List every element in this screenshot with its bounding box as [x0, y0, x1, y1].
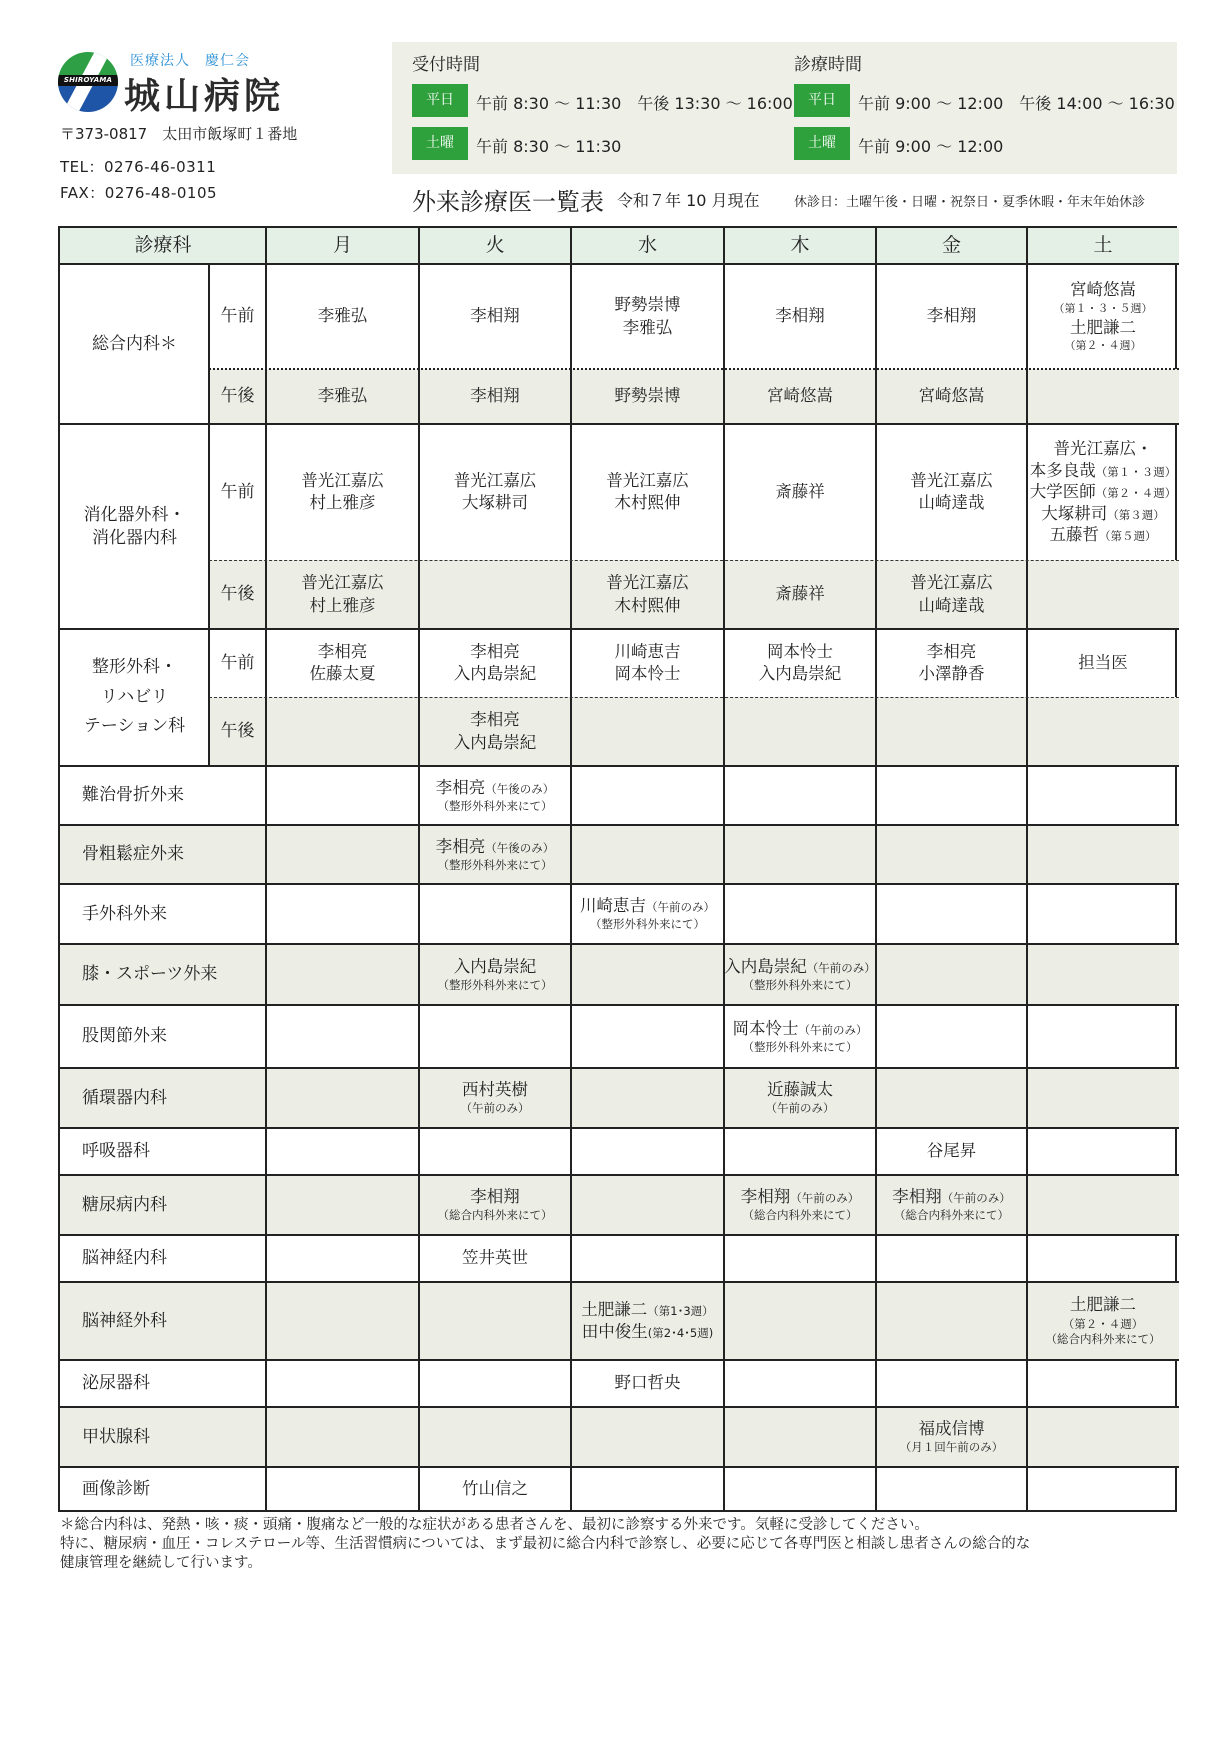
schedule-cell: 普光江嘉広山崎達哉 [876, 424, 1027, 560]
dept-label: テーション科 [84, 712, 185, 742]
doctor-name: 佐藤太夏 [310, 663, 376, 685]
schedule-cell: 普光江嘉広村上雅彦 [266, 424, 419, 560]
doctor-name: 野勢崇博 [615, 294, 681, 316]
schedule-cell: 斎藤祥 [724, 560, 876, 629]
reception-saturday-hours: 午前 8:30 ～ 11:30 [476, 134, 621, 157]
doctor-name: 普光江嘉広 [454, 470, 537, 492]
doctor-name: 斎藤祥 [775, 481, 825, 503]
doctor-name: 李雅弘 [623, 317, 673, 339]
doctor-name: 大塚耕司（第３週） [1041, 503, 1165, 524]
schedule-cell [419, 1360, 571, 1407]
location-note: （総合内科外来にて） [743, 1208, 858, 1224]
period-divider [209, 368, 1179, 370]
grid-line [60, 1359, 1179, 1361]
period-am: 午前 [209, 424, 266, 560]
schedule-cell [266, 825, 419, 884]
time-note: （午前のみ） [790, 1191, 859, 1205]
grid-line [60, 1234, 1179, 1236]
schedule-cell [876, 1235, 1027, 1282]
doctor-name: 土肥謙二 [1070, 1294, 1136, 1316]
schedule-cell: 宮崎悠嵩 [724, 369, 876, 424]
schedule-cell [571, 1068, 724, 1128]
schedule-cell [724, 1467, 876, 1512]
doctor-name: 普光江嘉広・ [1054, 438, 1153, 459]
period-divider [209, 560, 1179, 561]
grid-line [418, 228, 420, 1512]
dept-row-label: 脳神経外科 [60, 1282, 266, 1360]
doctor-name: 普光江嘉広 [301, 572, 384, 594]
dept-row-label: 画像診断 [60, 1467, 266, 1512]
doctor-name: 李相翔 [775, 305, 825, 327]
schedule-cell [266, 944, 419, 1005]
header-department: 診療科 [60, 228, 266, 264]
doctor-name: 入内島崇紀 [454, 956, 537, 978]
time-note: （午前のみ） [799, 1023, 868, 1037]
grid-line [60, 423, 1179, 425]
schedule-cell [1027, 1128, 1179, 1175]
schedule-cell [1027, 560, 1179, 629]
schedule-cell [1027, 369, 1179, 424]
doctor-name: 李相翔 [927, 305, 977, 327]
schedule-cell: 李相翔 [724, 264, 876, 369]
location-note: （午前のみ） [461, 1101, 530, 1117]
doctor-name: 土肥謙二 [1070, 317, 1136, 339]
schedule-cell: 岡本怜士（午前のみ）（整形外科外来にて） [724, 1005, 876, 1068]
grid-line [570, 228, 572, 1512]
schedule-cell [876, 1005, 1027, 1068]
doctor-name: 野勢崇博 [615, 385, 681, 407]
schedule-cell: 近藤誠太（午前のみ） [724, 1068, 876, 1128]
location-note: （総合内科外来にて） [438, 1208, 553, 1224]
doctor-name: 村上雅彦 [310, 492, 376, 514]
schedule-cell: 普光江嘉広大塚耕司 [419, 424, 571, 560]
schedule-cell: 担当医 [1027, 629, 1179, 697]
logo-text: SHIROYAMA [58, 75, 118, 86]
grid-line [60, 1067, 1179, 1069]
schedule-cell: 李相翔（午前のみ）（総合内科外来にて） [724, 1175, 876, 1235]
dept-row-label: 手外科外来 [60, 884, 266, 944]
week-note: （第２・４週） [1096, 486, 1177, 500]
organization-name: 医療法人 慶仁会 [130, 50, 250, 70]
footnote-line-1: ＊総合内科は、発熱・咳・痰・頭痛・腹痛など一般的な症状がある患者さんを、最初に診… [60, 1516, 1180, 1535]
grid-line [60, 1004, 1179, 1006]
doctor-name: 斎藤祥 [775, 583, 825, 605]
schedule-cell [266, 766, 419, 825]
schedule-cell: 普光江嘉広山崎達哉 [876, 560, 1027, 629]
doctor-name: 岡本怜士 [767, 641, 833, 663]
schedule-cell [876, 697, 1027, 766]
schedule-cell [571, 1467, 724, 1512]
grid-line [60, 1174, 1179, 1176]
dept-row-label: 骨粗鬆症外来 [60, 825, 266, 884]
doctor-name: 李相亮 [470, 709, 520, 731]
doctor-name: 川崎恵吉（午前のみ） [580, 895, 715, 917]
schedule-cell [266, 1175, 419, 1235]
fax: FAX：0276-48-0105 [60, 182, 217, 203]
reception-hours-title: 受付時間 [412, 50, 480, 75]
schedule-cell [724, 766, 876, 825]
schedule-cell: 李相亮（午後のみ）（整形外科外来にて） [419, 766, 571, 825]
doctor-name: 岡本怜士（午前のみ） [733, 1018, 868, 1040]
header-day: 金 [876, 228, 1027, 264]
address: 〒373-0817 太田市飯塚町１番地 [60, 123, 297, 144]
consultation-saturday-hours: 午前 9:00 ～ 12:00 [858, 134, 1003, 157]
location-note: （総合内科外来にて） [894, 1208, 1009, 1224]
schedule-cell: 川崎恵吉岡本怜士 [571, 629, 724, 697]
doctor-name: 大塚耕司 [462, 492, 528, 514]
location-note: （整形外科外来にて） [438, 799, 553, 815]
period-pm: 午後 [209, 560, 266, 629]
schedule-cell: 宮崎悠嵩 [876, 369, 1027, 424]
time-note: （午前のみ） [942, 1191, 1011, 1205]
doctor-name: 普光江嘉広 [606, 470, 689, 492]
schedule-cell [1027, 944, 1179, 1005]
doctor-name: 本多良哉（第１・３週） [1030, 460, 1177, 481]
week-note: （第1･3週） [647, 1304, 713, 1318]
header-day: 土 [1027, 228, 1179, 264]
doctor-name: 木村熙伸 [615, 492, 681, 514]
doctor-name: 李相翔（午前のみ） [741, 1186, 860, 1208]
reception-saturday-badge: 土曜 [412, 127, 468, 160]
schedule-cell [266, 1467, 419, 1512]
dept-row-label: 難治骨折外来 [60, 766, 266, 825]
dept-row-label: 呼吸器科 [60, 1128, 266, 1175]
consultation-weekday-badge: 平日 [794, 84, 850, 117]
schedule-cell [724, 884, 876, 944]
doctor-name: 谷尾昇 [927, 1140, 977, 1162]
telephone: TEL：0276-46-0311 [60, 156, 216, 177]
schedule-cell: 宮崎悠嵩（第１・３・５週）土肥謙二（第２・４週） [1027, 264, 1179, 369]
schedule-cell [724, 1235, 876, 1282]
schedule-cell [266, 697, 419, 766]
location-note: （整形外科外来にて） [438, 858, 553, 874]
location-note: （整形外科外来にて） [743, 978, 858, 994]
schedule-cell: 普光江嘉広木村熙伸 [571, 560, 724, 629]
footnote-line-3: 健康管理を継続して行います。 [60, 1554, 1180, 1573]
hospital-logo: SHIROYAMA [58, 52, 118, 112]
schedule-cell: 竹山信之 [419, 1467, 571, 1512]
schedule-cell [876, 1467, 1027, 1512]
grid-line [60, 1127, 1179, 1129]
schedule-cell [266, 884, 419, 944]
grid-line [60, 1466, 1179, 1468]
grid-line [265, 228, 267, 1512]
footnote-line-2: 特に、糖尿病・血圧・コレステロール等、生活習慣病については、まず最初に総合内科で… [60, 1535, 1180, 1554]
consultation-weekday-hours: 午前 9:00 ～ 12:00 午後 14:00 ～ 16:30 [858, 91, 1175, 114]
grid-line [60, 883, 1179, 885]
grid-line [60, 765, 1179, 767]
schedule-cell: 西村英樹（午前のみ） [419, 1068, 571, 1128]
doctor-name: 山崎達哉 [919, 595, 985, 617]
schedule-cell [1027, 1175, 1179, 1235]
schedule-cell [571, 1175, 724, 1235]
schedule-cell [419, 884, 571, 944]
hospital-name: 城山病院 [124, 68, 284, 119]
hours-panel: 受付時間 平日 午前 8:30 ～ 11:30 午後 13:30 ～ 16:00… [392, 42, 1177, 174]
schedule-cell [724, 1282, 876, 1360]
doctor-name: 入内島崇紀 [454, 732, 537, 754]
schedule-cell [876, 1068, 1027, 1128]
week-note: （第１・３・５週） [1054, 302, 1153, 317]
period-am: 午前 [209, 629, 266, 697]
dept-label: 消化器外科・ [84, 504, 186, 527]
doctor-name: 野口哲央 [615, 1372, 681, 1394]
doctor-name: 土肥謙二（第1･3週） [581, 1299, 713, 1321]
schedule-cell: 岡本怜士入内島崇紀 [724, 629, 876, 697]
schedule-cell: 普光江嘉広木村熙伸 [571, 424, 724, 560]
doctor-name: 入内島崇紀 [759, 663, 842, 685]
schedule-cell [419, 1005, 571, 1068]
time-note: （午前のみ） [646, 900, 715, 914]
schedule-cell [876, 1282, 1027, 1360]
schedule-cell: 李相亮入内島崇紀 [419, 629, 571, 697]
doctor-name: 李相翔 [470, 305, 520, 327]
schedule-cell [266, 1235, 419, 1282]
doctor-name: 村上雅彦 [310, 595, 376, 617]
schedule-cell: 普光江嘉広・本多良哉（第１・３週）大学医師（第２・４週）大塚耕司（第３週）五藤哲… [1027, 424, 1179, 560]
week-note: （第１・３週） [1096, 465, 1177, 479]
doctor-name: 普光江嘉広 [606, 572, 689, 594]
reception-weekday-badge: 平日 [412, 84, 468, 117]
doctor-name: 李相亮（午後のみ） [436, 836, 555, 858]
schedule-cell [876, 1360, 1027, 1407]
dept-general-internal: 総合内科＊ [60, 264, 209, 424]
dept-label: 整形外科・ [92, 653, 177, 683]
grid-line [60, 628, 1179, 630]
doctor-name: 山崎達哉 [919, 492, 985, 514]
time-note: （午後のみ） [485, 782, 554, 796]
location-note: （整形外科外来にて） [438, 978, 553, 994]
schedule-cell [876, 825, 1027, 884]
schedule-cell [876, 884, 1027, 944]
doctor-name: 普光江嘉広 [301, 470, 384, 492]
schedule-cell: 普光江嘉広村上雅彦 [266, 560, 419, 629]
schedule-cell: 李相翔（総合内科外来にて） [419, 1175, 571, 1235]
schedule-cell: 野口哲央 [571, 1360, 724, 1407]
doctor-name: 小澤静香 [919, 663, 985, 685]
closed-days: 休診日：土曜午後・日曜・祝祭日・夏季休暇・年末年始休診 [794, 191, 1145, 210]
schedule-cell [876, 944, 1027, 1005]
grid-line [1026, 228, 1028, 1512]
doctor-name: 五藤哲（第５週） [1050, 524, 1157, 545]
doctor-name: 宮崎悠嵩 [767, 385, 833, 407]
doctor-name: 西村英樹 [462, 1079, 528, 1101]
schedule-cell [724, 825, 876, 884]
schedule-table: 診療科月火水木金土総合内科＊午前午後李雅弘李雅弘李相翔李相翔野勢崇博李雅弘野勢崇… [58, 226, 1177, 1512]
reception-weekday-hours: 午前 8:30 ～ 11:30 午後 13:30 ～ 16:00 [476, 91, 793, 114]
period-pm: 午後 [209, 369, 266, 424]
doctor-name: 李相亮 [318, 641, 368, 663]
schedule-cell [724, 1360, 876, 1407]
week-note: (第2･4･5週) [648, 1326, 713, 1340]
header-day: 火 [419, 228, 571, 264]
dept-row-label: 膝・スポーツ外来 [60, 944, 266, 1005]
location-note: （第２・４週） [1063, 1317, 1144, 1333]
doctor-name: 福成信博 [919, 1418, 985, 1440]
dept-row-label: 股関節外来 [60, 1005, 266, 1068]
doctor-name: 宮崎悠嵩 [919, 385, 985, 407]
schedule-cell: 谷尾昇 [876, 1128, 1027, 1175]
grid-line [60, 943, 1179, 945]
schedule-cell [571, 825, 724, 884]
schedule-cell [1027, 1068, 1179, 1128]
schedule-cell [419, 1407, 571, 1467]
location-note: （整形外科外来にて） [590, 917, 705, 933]
schedule-cell: 笠井英世 [419, 1235, 571, 1282]
schedule-cell: 李相翔 [419, 264, 571, 369]
schedule-cell: 李相亮小澤静香 [876, 629, 1027, 697]
header-day: 月 [266, 228, 419, 264]
doctor-name: 入内島崇紀（午前のみ） [724, 956, 876, 978]
schedule-cell [1027, 1360, 1179, 1407]
schedule-cell [571, 1407, 724, 1467]
schedule-cell [419, 1282, 571, 1360]
schedule-cell [571, 766, 724, 825]
doctor-name: 近藤誠太 [767, 1079, 833, 1101]
schedule-cell [1027, 1407, 1179, 1467]
dept-row-label: 甲状腺科 [60, 1407, 266, 1467]
doctor-name: 李相翔 [470, 385, 520, 407]
location-note: （午前のみ） [766, 1101, 835, 1117]
schedule-cell [1027, 1005, 1179, 1068]
schedule-cell: 土肥謙二（第２・４週）（総合内科外来にて） [1027, 1282, 1179, 1360]
as-of-date: 令和７年 10 月現在 [617, 188, 760, 211]
doctor-name: 李雅弘 [318, 305, 368, 327]
doctor-name: 木村熙伸 [615, 595, 681, 617]
schedule-cell: 李相亮佐藤太夏 [266, 629, 419, 697]
doctor-name: 担当医 [1078, 652, 1128, 674]
grid-line [60, 263, 1179, 265]
doctor-name: 田中俊生(第2･4･5週) [582, 1321, 713, 1343]
schedule-cell [266, 1360, 419, 1407]
dept-row-label: 糖尿病内科 [60, 1175, 266, 1235]
doctor-name: 李相翔 [470, 1186, 520, 1208]
doctor-name: 李相亮 [470, 641, 520, 663]
schedule-cell [571, 1128, 724, 1175]
period-am: 午前 [209, 264, 266, 369]
dept-row-label: 脳神経内科 [60, 1235, 266, 1282]
schedule-cell [419, 1128, 571, 1175]
schedule-cell: 斎藤祥 [724, 424, 876, 560]
location-note: （月１回午前のみ） [900, 1440, 1004, 1456]
period-pm: 午後 [209, 697, 266, 766]
location-note: （整形外科外来にて） [743, 1040, 858, 1056]
doctor-name: 李相亮 [927, 641, 977, 663]
schedule-cell [571, 1005, 724, 1068]
header-day: 水 [571, 228, 724, 264]
schedule-cell: 李相翔 [419, 369, 571, 424]
grid-line [60, 824, 1179, 826]
schedule-cell [1027, 1235, 1179, 1282]
schedule-cell: 野勢崇博 [571, 369, 724, 424]
doctor-name: 普光江嘉広 [910, 572, 993, 594]
grid-line [875, 228, 877, 1512]
schedule-cell: 李相亮（午後のみ）（整形外科外来にて） [419, 825, 571, 884]
dept-gastro: 消化器外科・消化器内科 [60, 424, 209, 629]
schedule-cell [724, 1128, 876, 1175]
time-note: （午後のみ） [485, 841, 554, 855]
week-note: （第５週） [1099, 529, 1157, 543]
doctor-name: 大学医師（第２・４週） [1030, 481, 1177, 502]
schedule-cell [724, 1407, 876, 1467]
doctor-name: 竹山信之 [462, 1478, 528, 1500]
schedule-cell [1027, 766, 1179, 825]
schedule-cell [266, 1407, 419, 1467]
schedule-cell [266, 1282, 419, 1360]
schedule-cell [571, 1235, 724, 1282]
schedule-cell: 李相亮入内島崇紀 [419, 697, 571, 766]
dept-label: 消化器内科 [92, 527, 177, 550]
schedule-cell [724, 697, 876, 766]
schedule-cell: 土肥謙二（第1･3週）田中俊生(第2･4･5週) [571, 1282, 724, 1360]
week-note: （第３週） [1107, 508, 1165, 522]
schedule-cell [266, 1128, 419, 1175]
doctor-name: 川崎恵吉 [615, 641, 681, 663]
schedule-cell [876, 766, 1027, 825]
schedule-cell: 福成信博（月１回午前のみ） [876, 1407, 1027, 1467]
schedule-cell: 李相翔 [876, 264, 1027, 369]
grid-line [60, 1281, 1179, 1283]
doctor-name: 李相翔（午前のみ） [892, 1186, 1011, 1208]
schedule-cell: 入内島崇紀（整形外科外来にて） [419, 944, 571, 1005]
consultation-saturday-badge: 土曜 [794, 127, 850, 160]
grid-line [723, 228, 725, 1512]
schedule-cell [266, 1068, 419, 1128]
week-note: （第２・４週） [1065, 339, 1142, 354]
consultation-hours-title: 診療時間 [794, 50, 862, 75]
doctor-name: 李相亮（午後のみ） [436, 777, 555, 799]
header-day: 木 [724, 228, 876, 264]
dept-row-label: 循環器内科 [60, 1068, 266, 1128]
schedule-cell [1027, 825, 1179, 884]
schedule-cell [419, 560, 571, 629]
doctor-name: 李雅弘 [318, 385, 368, 407]
doctor-name: 笠井英世 [462, 1247, 528, 1269]
dept-row-label: 泌尿器科 [60, 1360, 266, 1407]
grid-line [60, 1406, 1179, 1408]
footnote: ＊総合内科は、発熱・咳・痰・頭痛・腹痛など一般的な症状がある患者さんを、最初に診… [60, 1516, 1180, 1573]
schedule-cell: 川崎恵吉（午前のみ）（整形外科外来にて） [571, 884, 724, 944]
schedule-cell: 李雅弘 [266, 369, 419, 424]
dept-label: リハビリ [101, 683, 169, 713]
schedule-cell [571, 697, 724, 766]
schedule-cell [1027, 884, 1179, 944]
doctor-name: 宮崎悠嵩 [1070, 279, 1136, 301]
time-note: （午前のみ） [807, 961, 876, 975]
schedule-cell [1027, 697, 1179, 766]
schedule-cell: 李雅弘 [266, 264, 419, 369]
schedule-cell: 李相翔（午前のみ）（総合内科外来にて） [876, 1175, 1027, 1235]
period-divider [209, 697, 1179, 698]
location-note: （総合内科外来にて） [1046, 1332, 1161, 1348]
schedule-cell [571, 944, 724, 1005]
schedule-cell: 入内島崇紀（午前のみ）（整形外科外来にて） [724, 944, 876, 1005]
grid-line [208, 264, 210, 766]
doctor-name: 入内島崇紀 [454, 663, 537, 685]
schedule-cell [1027, 1467, 1179, 1512]
schedule-cell [266, 1005, 419, 1068]
page-title: 外来診療医一覧表 [412, 182, 604, 217]
schedule-cell: 野勢崇博李雅弘 [571, 264, 724, 369]
doctor-name: 普光江嘉広 [910, 470, 993, 492]
dept-orthopedics: 整形外科・リハビリテーション科 [60, 629, 209, 766]
doctor-name: 岡本怜士 [615, 663, 681, 685]
